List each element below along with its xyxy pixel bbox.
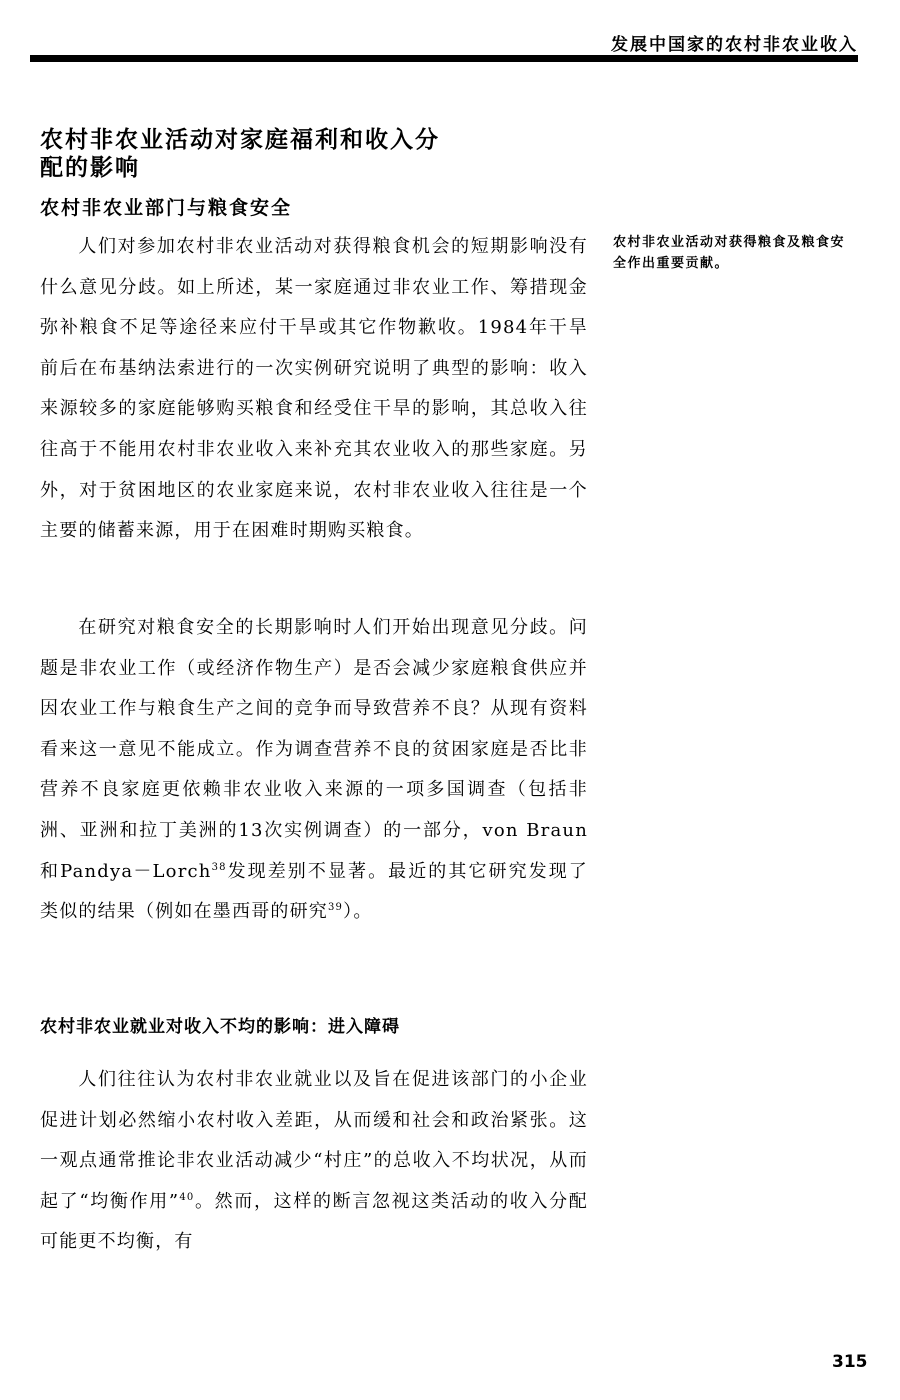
section-title: 农村非农业活动对家庭福利和收入分配的影响 (40, 126, 460, 182)
page-number: 315 (832, 1352, 868, 1372)
running-header-title: 发展中国家的农村非农业收入 (611, 30, 858, 55)
paragraph-food-security-short-term: 人们对参加农村非农业活动对获得粮食机会的短期影响没有什么意见分歧。如上所述，某一… (40, 227, 588, 552)
footnote-ref-38[interactable]: 38 (212, 862, 227, 873)
margin-note: 农村非农业活动对获得粮食及粮食安全作出重要贡献。 (613, 232, 853, 274)
header-rule (30, 55, 858, 62)
paragraph-text: 人们对参加农村非农业活动对获得粮食机会的短期影响没有什么意见分歧。如上所述，某一… (40, 236, 588, 541)
paragraph-income-inequality: 人们往往认为农村非农业就业以及旨在促进该部门的小企业促进计划必然缩小农村收入差距… (40, 1060, 588, 1263)
paragraph-text: 在研究对粮食安全的长期影响时人们开始出现意见分歧。问题是非农业工作（或经济作物生… (40, 617, 588, 882)
section-subtitle: 农村非农业部门与粮食安全 (40, 193, 292, 220)
paragraph-food-security-long-term: 在研究对粮食安全的长期影响时人们开始出现意见分歧。问题是非农业工作（或经济作物生… (40, 608, 588, 933)
footnote-ref-39[interactable]: 39 (328, 902, 343, 913)
subsection-heading: 农村非农业就业对收入不均的影响：进入障碍 (40, 1012, 400, 1037)
paragraph-text: ）。 (343, 901, 372, 922)
footnote-ref-40[interactable]: 40 (179, 1192, 194, 1203)
